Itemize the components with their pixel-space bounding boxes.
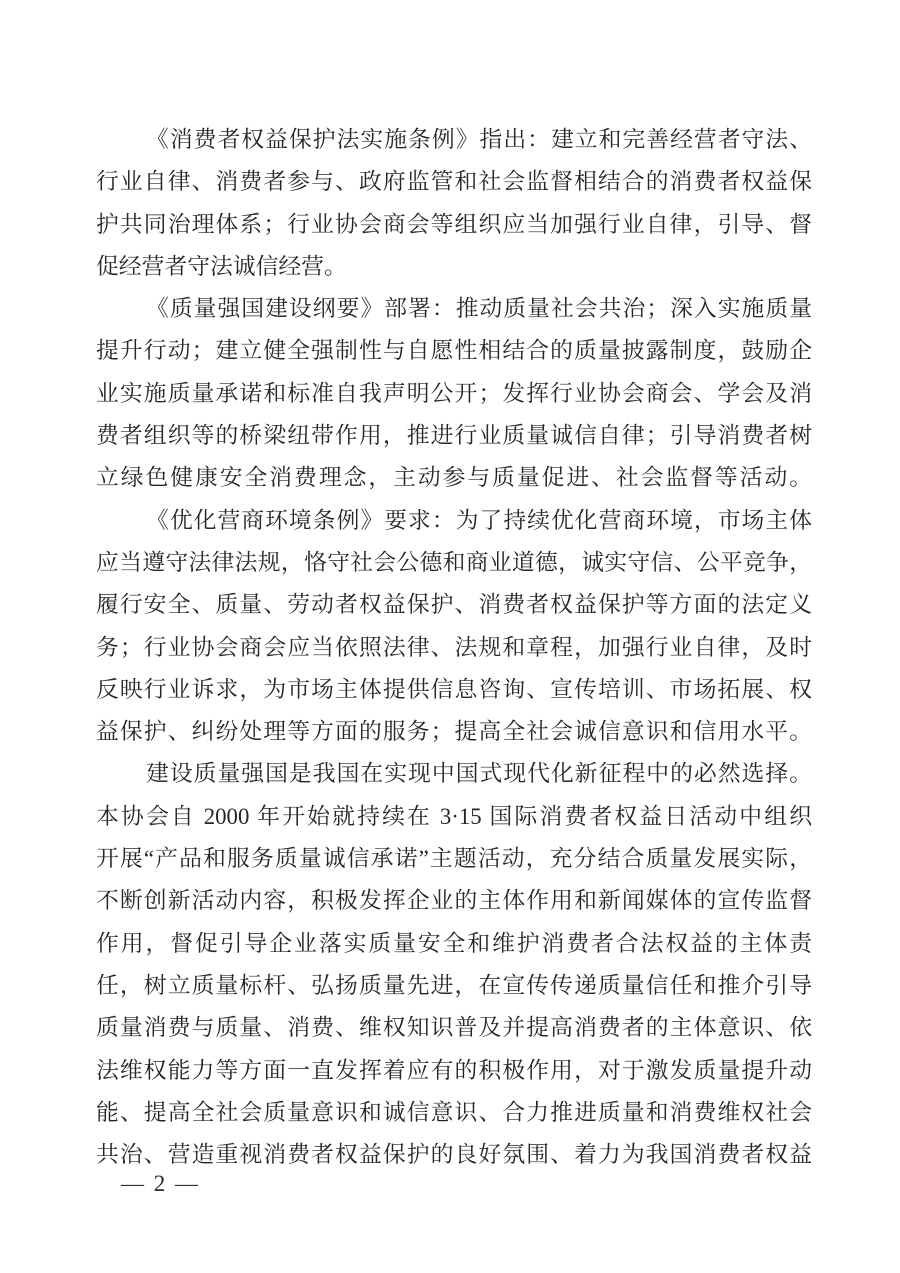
text-line: 《质量强国建设纲要》部署：推动质量社会共治；深入实施质量 [96,288,812,330]
text-line: 能、提高全社会质量意识和诚信意识、合力推进质量和消费维权社会 [96,1092,812,1134]
page-number: — 2 — [121,1168,200,1200]
text-line: 护共同治理体系；行业协会商会等组织应当加强行业自律，引导、督 [96,204,812,246]
document-text: 《消费者权益保护法实施条例》指出：建立和完善经营者守法、行业自律、消费者参与、政… [96,119,812,1176]
text-line: 业实施质量承诺和标准自我声明公开；发挥行业协会商会、学会及消 [96,373,812,415]
text-line: 费者组织等的桥梁纽带作用，推进行业质量诚信自律；引导消费者树 [96,415,812,457]
text-line: 建设质量强国是我国在实现中国式现代化新征程中的必然选择。 [96,753,812,795]
text-line: 共治、营造重视消费者权益保护的良好氛围、着力为我国消费者权益 [96,1134,812,1176]
text-line: 反映行业诉求，为市场主体提供信息咨询、宣传培训、市场拓展、权 [96,669,812,711]
text-line: 《消费者权益保护法实施条例》指出：建立和完善经营者守法、 [96,119,812,161]
text-line: 立绿色健康安全消费理念，主动参与质量促进、社会监督等活动。 [96,457,812,499]
document-page: 《消费者权益保护法实施条例》指出：建立和完善经营者守法、行业自律、消费者参与、政… [0,0,900,1273]
text-line: 本协会自 2000 年开始就持续在 3·15 国际消费者权益日活动中组织 [96,796,812,838]
text-line: 益保护、纠纷处理等方面的服务；提高全社会诚信意识和信用水平。 [96,711,812,753]
text-line: 不断创新活动内容，积极发挥企业的主体作用和新闻媒体的宣传监督 [96,880,812,922]
text-line: 作用，督促引导企业落实质量安全和维护消费者合法权益的主体责 [96,923,812,965]
text-line: 履行安全、质量、劳动者权益保护、消费者权益保护等方面的法定义 [96,584,812,626]
text-line: 法维权能力等方面一直发挥着应有的积极作用，对于激发质量提升动 [96,1050,812,1092]
text-line: 《优化营商环境条例》要求：为了持续优化营商环境，市场主体 [96,500,812,542]
text-line: 应当遵守法律法规，恪守社会公德和商业道德，诚实守信、公平竞争， [96,542,812,584]
text-line: 质量消费与质量、消费、维权知识普及并提高消费者的主体意识、依 [96,1007,812,1049]
text-line: 开展“产品和服务质量诚信承诺”主题活动，充分结合质量发展实际， [96,838,812,880]
text-line: 促经营者守法诚信经营。 [96,246,812,288]
text-line: 任，树立质量标杆、弘扬质量先进，在宣传传递质量信任和推介引导 [96,965,812,1007]
text-line: 提升行动；建立健全强制性与自愿性相结合的质量披露制度，鼓励企 [96,330,812,372]
text-line: 务；行业协会商会应当依照法律、法规和章程，加强行业自律，及时 [96,627,812,669]
text-line: 行业自律、消费者参与、政府监管和社会监督相结合的消费者权益保 [96,161,812,203]
